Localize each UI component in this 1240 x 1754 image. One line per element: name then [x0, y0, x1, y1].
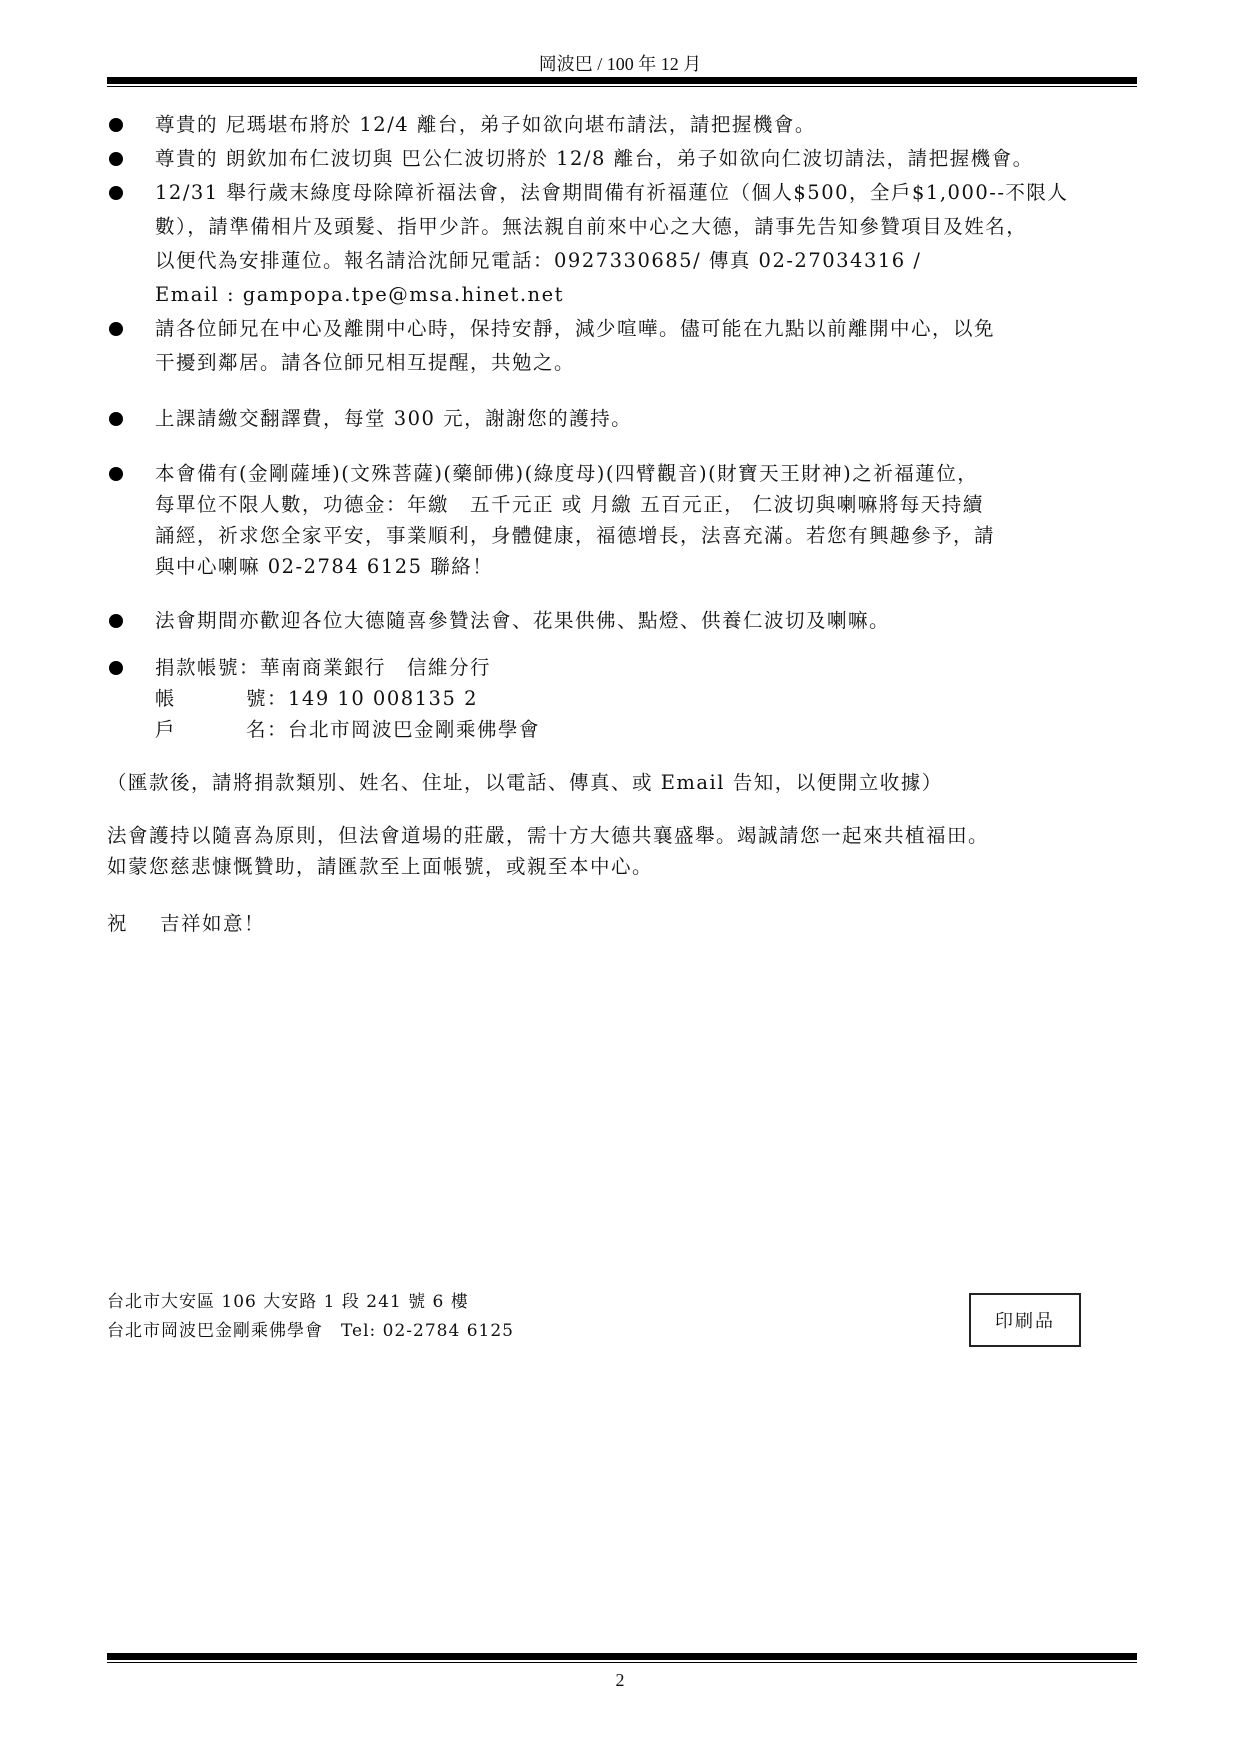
document-body: 尊貴的 尼瑪堪布將於 12/4 離台，弟子如欲向堪布請法，請把握機會。 尊貴的 …	[107, 108, 1147, 939]
bullet-item-offerings: 法會期間亦歡迎各位大德隨喜參贊法會、花果供佛、點燈、供養仁波切及喇嘛。	[107, 604, 1147, 638]
blessing-line: 祝吉祥如意！	[107, 908, 1147, 939]
remittance-note: （匯款後，請將捐款類別、姓名、住址，以電話、傳真、或 Email 告知，以便開立…	[107, 767, 1147, 798]
bullet-item-blessing-lotus: 本會備有(金剛薩埵)(文殊菩薩)(藥師佛)(綠度母)(四臂觀音)(財寶天王財神)…	[107, 458, 1147, 582]
footer-address: 台北市大安區 106 大安路 1 段 241 號 6 樓	[107, 1288, 514, 1317]
bullet-icon	[109, 118, 123, 132]
bullet-icon	[109, 152, 123, 166]
email-text: Email : gampopa.tpe@msa.hinet.net	[155, 278, 1147, 312]
bullet-icon	[109, 661, 123, 675]
bullet-icon	[109, 412, 123, 426]
page-number: 2	[0, 1670, 1240, 1691]
footer-org-tel: 台北市岡波巴金剛乘佛學會 Tel: 02-2784 6125	[107, 1317, 514, 1346]
bullet-item-green-tara-puja: 12/31 舉行歲末綠度母除障祈福法會，法會期間備有祈福蓮位（個人$500，全戶…	[107, 176, 1147, 312]
bullet-item-rinpoche-departure: 尊貴的 朗欽加布仁波切與 巴公仁波切將於 12/8 離台，弟子如欲向仁波切請法，…	[107, 142, 1147, 176]
account-name-row: 戶名：台北市岡波巴金剛乘佛學會	[155, 714, 1147, 745]
bullet-icon	[109, 186, 123, 200]
bullet-item-translation-fee: 上課請繳交翻譯費，每堂 300 元，謝謝您的護持。	[107, 402, 1147, 436]
bullet-item-donation-account: 捐款帳號：華南商業銀行 信維分行 帳號：149 10 008135 2 戶名：台…	[107, 652, 1147, 745]
bullet-icon	[109, 467, 123, 481]
account-number-row: 帳號：149 10 008135 2	[155, 683, 1147, 714]
header-rule	[107, 77, 1137, 87]
header-title: 岡波巴 / 100 年 12 月	[0, 50, 1240, 76]
bullet-icon	[109, 614, 123, 628]
bullet-item-keep-quiet: 請各位師兄在中心及離開中心時，保持安靜，減少喧嘩。儘可能在九點以前離開中心，以免…	[107, 312, 1147, 380]
closing-paragraph: 法會護持以隨喜為原則，但法會道場的莊嚴，需十方大德共襄盛舉。竭誠請您一起來共植福…	[107, 820, 1147, 882]
bullet-icon	[109, 322, 123, 336]
footer-address-block: 台北市大安區 106 大安路 1 段 241 號 6 樓 台北市岡波巴金剛乘佛學…	[107, 1288, 514, 1346]
printed-matter-stamp: 印刷品	[969, 1293, 1081, 1347]
bank-row: 捐款帳號：華南商業銀行 信維分行	[155, 652, 1147, 683]
bullet-item-nyima-khenpo: 尊貴的 尼瑪堪布將於 12/4 離台，弟子如欲向堪布請法，請把握機會。	[107, 108, 1147, 142]
footer-rule	[107, 1653, 1137, 1663]
